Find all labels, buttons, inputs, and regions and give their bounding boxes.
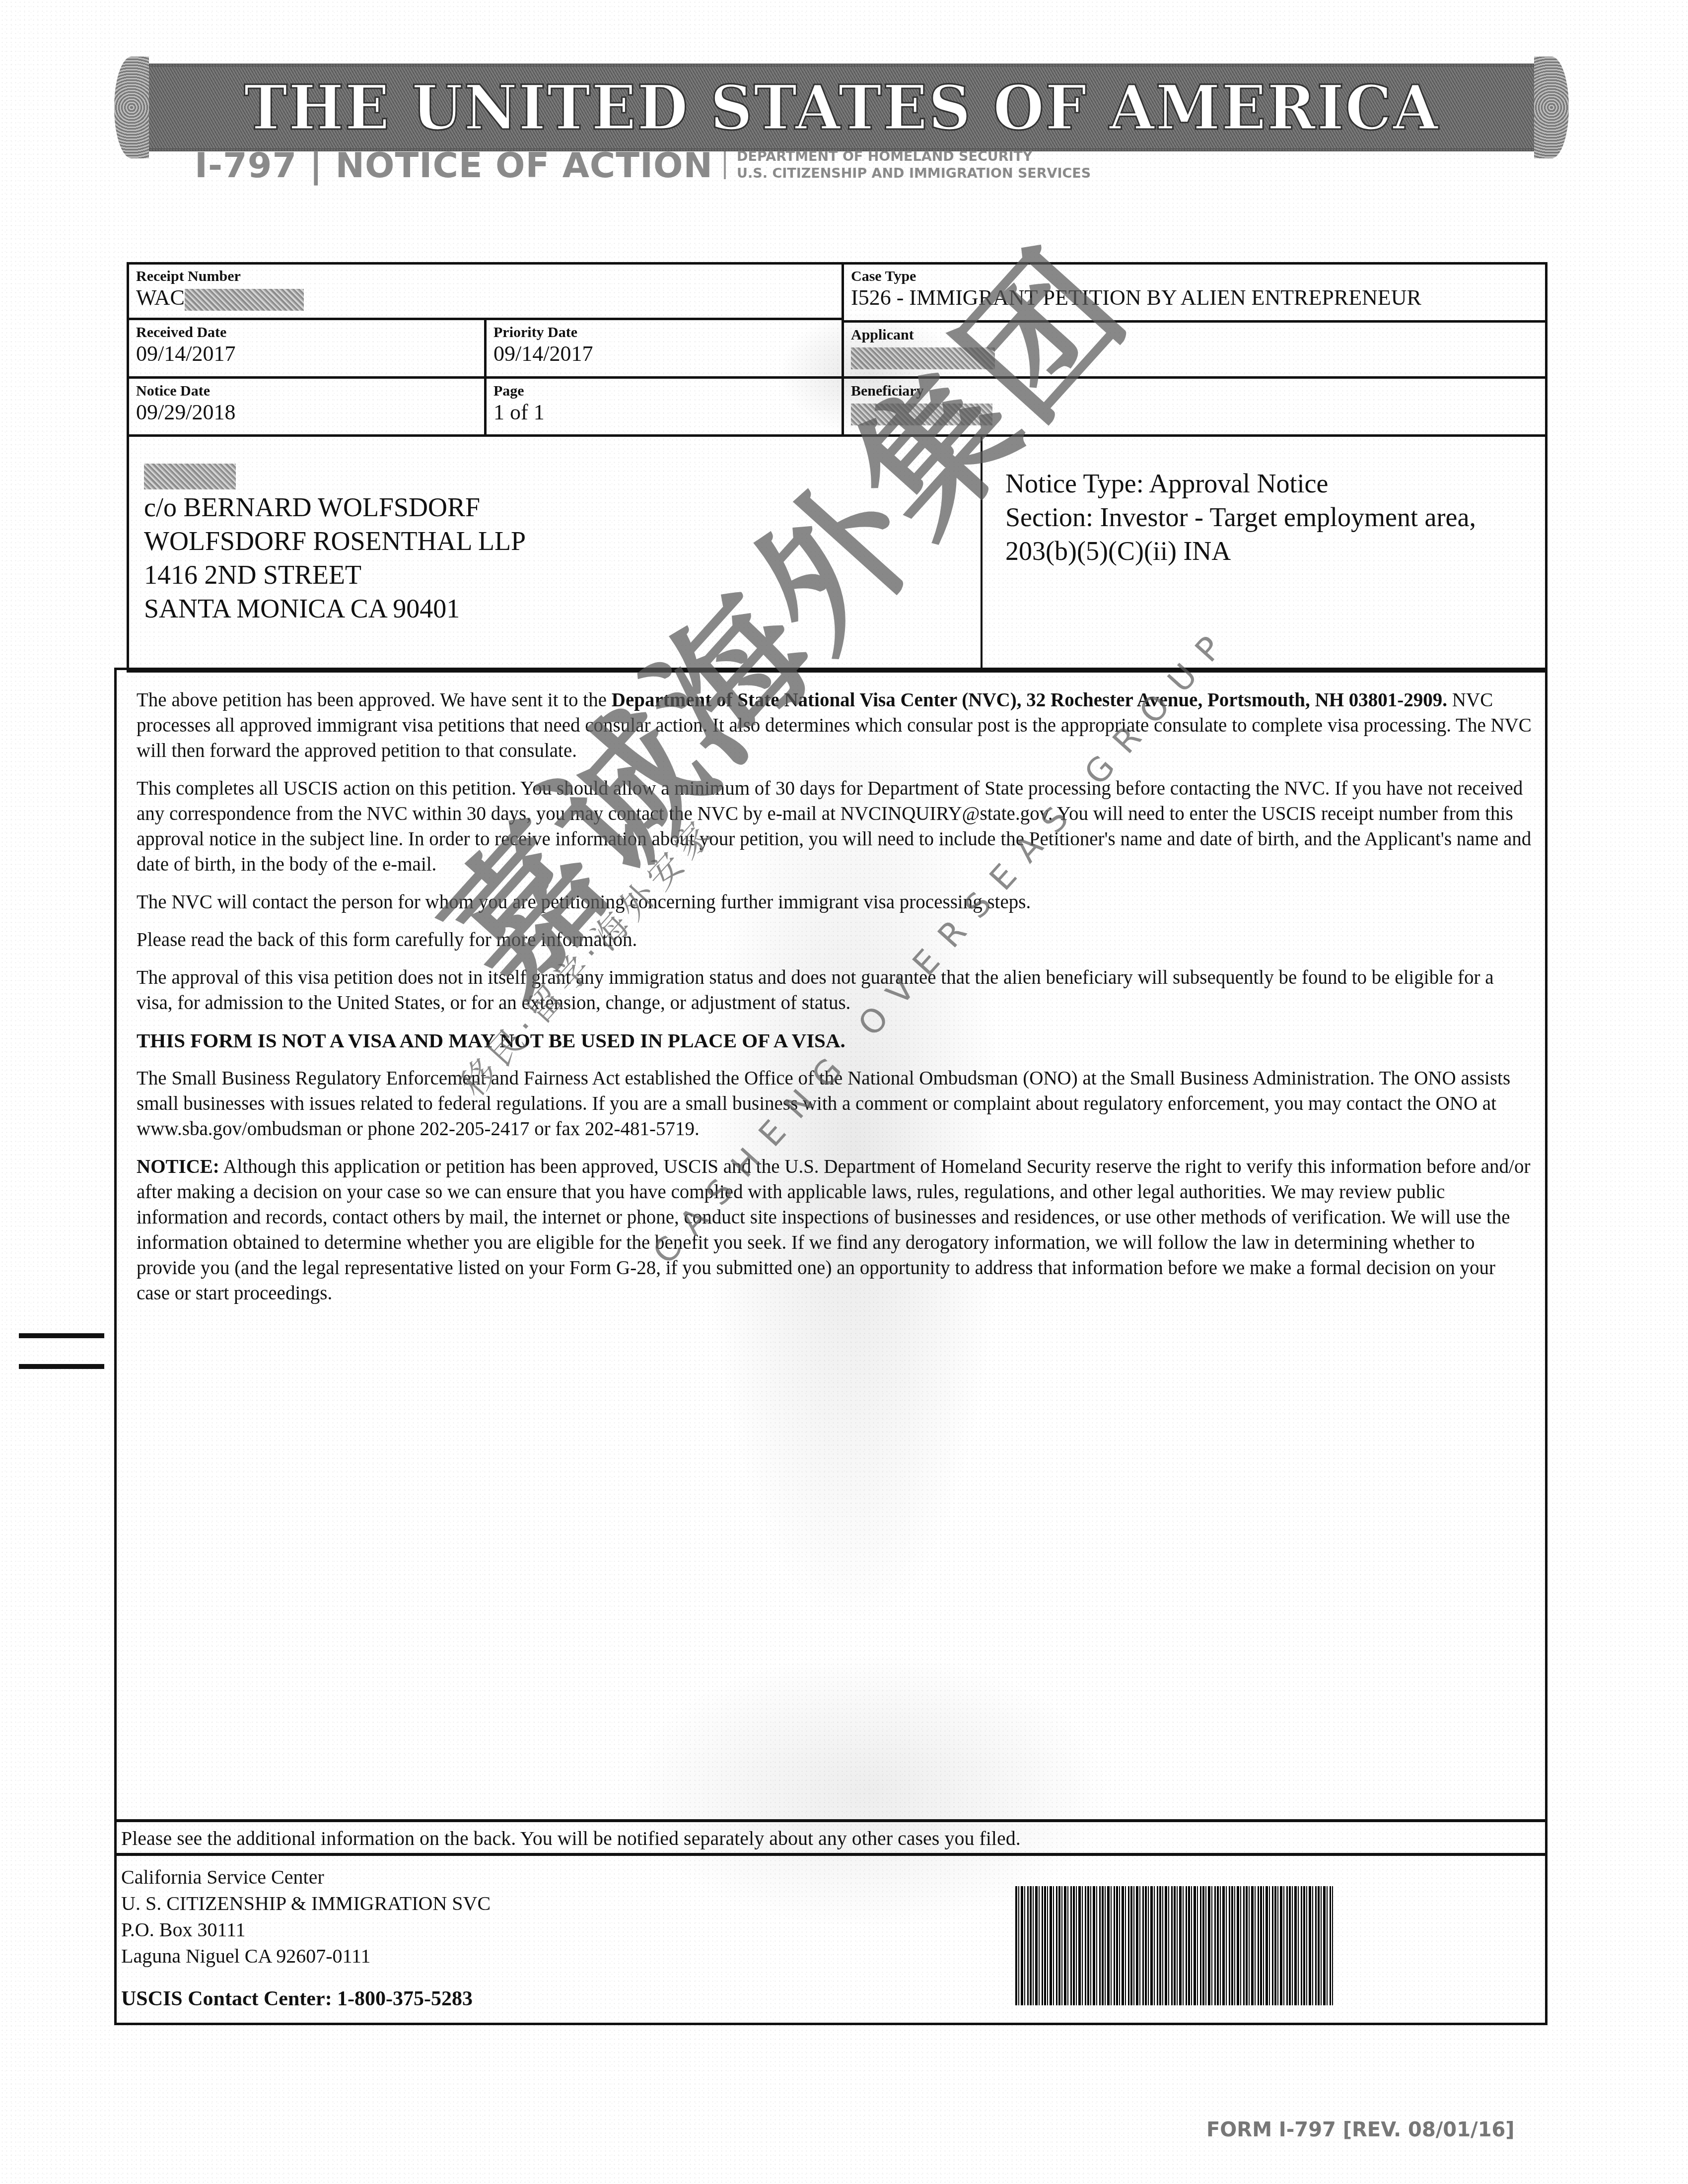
received-date-field: Received Date 09/14/2017 (129, 320, 482, 371)
priority-date-field: Priority Date 09/14/2017 (487, 320, 839, 371)
receipt-number-value: WAC (136, 285, 832, 311)
receipt-number-label: Receipt Number (136, 268, 832, 285)
not-a-visa-warning: THIS FORM IS NOT A VISA AND MAY NOT BE U… (137, 1028, 1532, 1053)
banner-title: THE UNITED STATES OF AMERICA (244, 71, 1439, 144)
contact-center: USCIS Contact Center: 1-800-375-5283 (121, 1986, 491, 2012)
notice-type: Notice Type: Approval Notice (1005, 469, 1329, 498)
header-banner: THE UNITED STATES OF AMERICA (144, 64, 1539, 151)
form-title: I-797 | NOTICE OF ACTION (195, 145, 713, 186)
case-type-value: I526 - IMMIGRANT PETITION BY ALIEN ENTRE… (851, 285, 1537, 311)
applicant-label: Applicant (851, 327, 1537, 343)
mailing-address: c/o BERNARD WOLFSDORF WOLFSDORF ROSENTHA… (144, 457, 526, 625)
additional-info-note: Please see the additional information on… (121, 1824, 1021, 1853)
divider (981, 437, 983, 673)
redaction (185, 289, 304, 311)
notice-date-label: Notice Date (136, 383, 475, 400)
address-line: c/o BERNARD WOLFSDORF (144, 492, 480, 522)
beneficiary-label: Beneficiary (851, 383, 1537, 400)
notice-date-field: Notice Date 09/29/2018 (129, 379, 482, 429)
received-date-value: 09/14/2017 (136, 341, 475, 367)
page-label: Page (493, 383, 832, 400)
page-value: 1 of 1 (493, 400, 832, 425)
ombudsman-paragraph: The Small Business Regulatory Enforcemen… (137, 1068, 1510, 1140)
body-paragraph: The NVC will contact the person for whom… (137, 889, 1532, 915)
divider (114, 1853, 1547, 1856)
priority-date-label: Priority Date (493, 324, 832, 341)
beneficiary-field: Beneficiary (844, 379, 1544, 429)
barcode (1015, 1886, 1333, 2005)
agency-line-2: U.S. CITIZENSHIP AND IMMIGRATION SERVICE… (737, 166, 1091, 181)
form-title-row: I-797 | NOTICE OF ACTION DEPARTMENT OF H… (195, 143, 1091, 188)
address-line: WOLFSDORF ROSENTHAL LLP (144, 526, 526, 556)
beneficiary-value (851, 400, 1537, 425)
office-line: California Service Center (121, 1866, 324, 1888)
redaction (851, 404, 992, 425)
case-type-field: Case Type I526 - IMMIGRANT PETITION BY A… (844, 264, 1544, 315)
office-line: U. S. CITIZENSHIP & IMMIGRATION SVC (121, 1892, 491, 1914)
margin-mark (19, 1364, 104, 1369)
title-divider (724, 151, 726, 179)
service-center-address: California Service Center U. S. CITIZENS… (121, 1864, 491, 2012)
address-line: 1416 2ND STREET (144, 560, 361, 590)
body-paragraph: Please read the back of this form carefu… (137, 927, 1532, 953)
notice-type-block: Notice Type: Approval Notice Section: In… (1005, 467, 1532, 568)
body-paragraph: The approval of this visa petition does … (137, 965, 1532, 1016)
body-paragraph: The Small Business Regulatory Enforcemen… (137, 1066, 1532, 1142)
page-field: Page 1 of 1 (487, 379, 839, 429)
body-paragraph: NOTICE: Although this application or pet… (137, 1154, 1532, 1306)
office-line: P.O. Box 30111 (121, 1918, 245, 1941)
notice-label: NOTICE: (137, 1156, 219, 1177)
address-line: SANTA MONICA CA 90401 (144, 594, 460, 623)
agency-name: DEPARTMENT OF HOMELAND SECURITY U.S. CIT… (737, 148, 1091, 182)
redaction (144, 464, 236, 489)
case-type-label: Case Type (851, 268, 1537, 285)
received-date-label: Received Date (136, 324, 475, 341)
priority-date-value: 09/14/2017 (493, 341, 832, 367)
notice-body: The above petition has been approved. We… (137, 687, 1532, 1318)
agency-line-1: DEPARTMENT OF HOMELAND SECURITY (737, 149, 1032, 164)
redaction (851, 347, 995, 369)
office-line: Laguna Niguel CA 92607-0111 (121, 1945, 371, 1967)
applicant-value (851, 343, 1537, 369)
body-paragraph: The above petition has been approved. We… (137, 687, 1532, 763)
applicant-field: Applicant (844, 323, 1544, 373)
notice-date-value: 09/29/2018 (136, 400, 475, 425)
body-paragraph: This completes all USCIS action on this … (137, 776, 1532, 877)
notice-section: Section: Investor - Target employment ar… (1005, 502, 1476, 566)
divider (114, 1819, 1547, 1822)
form-revision: FORM I-797 [REV. 08/01/16] (1206, 2118, 1515, 2141)
receipt-number-field: Receipt Number WAC (129, 264, 839, 315)
margin-mark (19, 1333, 104, 1338)
